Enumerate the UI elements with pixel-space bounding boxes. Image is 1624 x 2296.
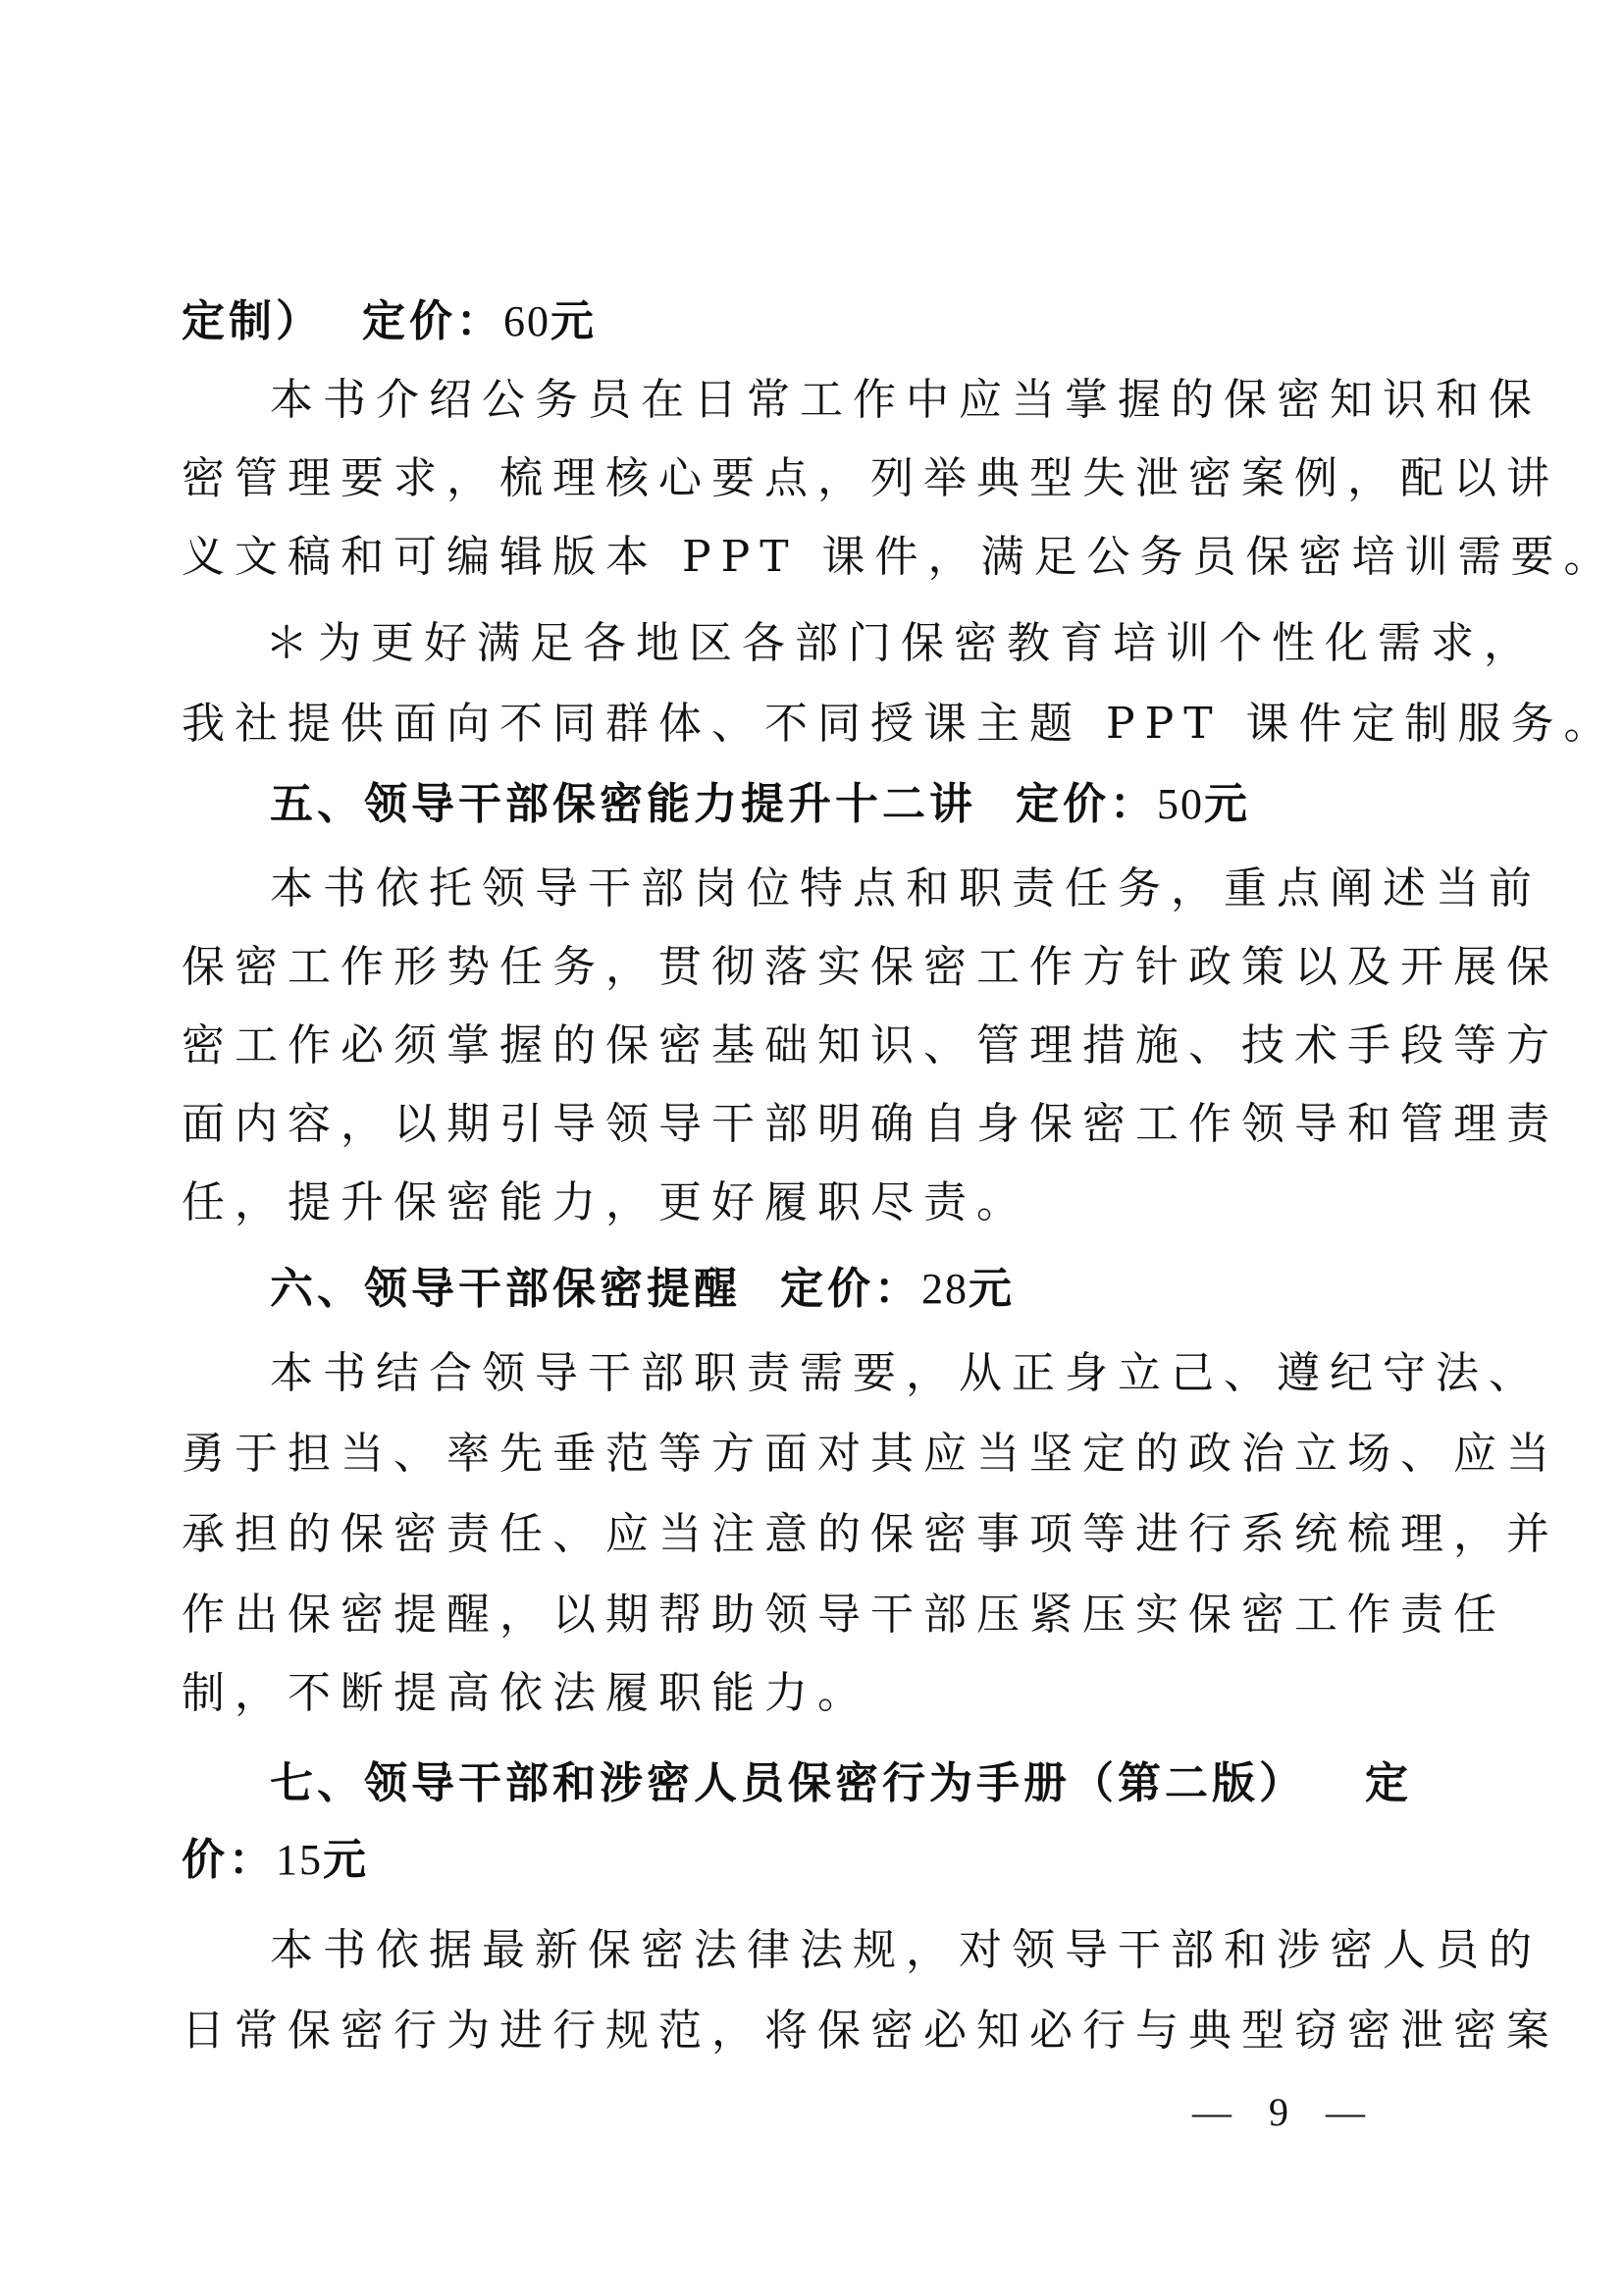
paragraph-line: 面内容，以期引导领导干部明确自身保密工作领导和管理责 — [182, 1095, 1398, 1154]
paragraph-line: 本书结合领导干部职责需要，从正身立己、遵纪守法、 — [270, 1344, 1398, 1403]
heading-continuation-text: 定制） — [182, 296, 323, 346]
price-label: 定价： — [780, 1264, 921, 1314]
heading-continuation: 定制）定价：60元 — [182, 292, 1398, 351]
note-line: 我社提供面向不同群体、不同授课主题 PPT 课件定制服务。 — [182, 695, 1398, 754]
price-unit: 元 — [550, 296, 598, 346]
page-number: — 9 — — [1192, 2088, 1379, 2137]
paragraph-line: 义文稿和可编辑版本 PPT 课件，满足公务员保密培训需要。 — [182, 528, 1398, 587]
price-value: 28 — [921, 1265, 969, 1313]
document-page: 定制）定价：60元 本书介绍公务员在日常工作中应当掌握的保密知识和保 密管理要求… — [0, 0, 1624, 2296]
paragraph-line: 承担的保密责任、应当注意的保密事项等进行系统梳理，并 — [182, 1505, 1398, 1564]
price-label-part2: 价： — [182, 1835, 276, 1885]
paragraph-line: 制，不断提高依法履职能力。 — [182, 1664, 1398, 1723]
paragraph-line: 本书依据最新保密法律法规，对领导干部和涉密人员的 — [270, 1921, 1398, 1980]
section-heading-7-continuation: 价：15元 — [182, 1831, 1398, 1890]
section-heading-6: 六、领导干部保密提醒定价：28元 — [270, 1260, 1398, 1319]
paragraph-line: 本书依托领导干部岗位特点和职责任务，重点阐述当前 — [270, 860, 1398, 918]
paragraph-line: 密管理要求，梳理核心要点，列举典型失泄密案例，配以讲 — [182, 449, 1398, 508]
price-value: 15 — [276, 1836, 323, 1884]
paragraph-line: 密工作必须掌握的保密基础知识、管理措施、技术手段等方 — [182, 1017, 1398, 1075]
note-line: ＊为更好满足各地区各部门保密教育培训个性化需求， — [265, 614, 1393, 673]
price-label-part1: 定 — [1365, 1758, 1412, 1808]
section-heading-7: 七、领导干部和涉密人员保密行为手册（第二版）定 — [270, 1754, 1398, 1813]
section-heading-5: 五、领导干部保密能力提升十二讲定价：50元 — [270, 775, 1398, 834]
price-value: 50 — [1157, 780, 1204, 828]
price-label: 定价： — [1016, 779, 1157, 829]
price-unit: 元 — [969, 1264, 1016, 1314]
section-title: 七、领导干部和涉密人员保密行为手册（第二版） — [270, 1758, 1306, 1808]
section-title: 六、领导干部保密提醒 — [270, 1264, 741, 1314]
price-unit: 元 — [1204, 779, 1251, 829]
paragraph-line: 作出保密提醒，以期帮助领导干部压紧压实保密工作责任 — [182, 1586, 1398, 1644]
paragraph-line: 日常保密行为进行规范，将保密必知必行与典型窃密泄密案 — [182, 2002, 1398, 2061]
paragraph-line: 任，提升保密能力，更好履职尽责。 — [182, 1174, 1398, 1232]
price-unit: 元 — [323, 1835, 370, 1885]
paragraph-line: 保密工作形势任务，贯彻落实保密工作方针政策以及开展保 — [182, 938, 1398, 997]
paragraph-line: 勇于担当、率先垂范等方面对其应当坚定的政治立场、应当 — [182, 1425, 1398, 1484]
price-value: 60 — [503, 297, 550, 345]
price-label: 定价： — [362, 296, 503, 346]
paragraph-line: 本书介绍公务员在日常工作中应当掌握的保密知识和保 — [270, 371, 1398, 430]
section-title: 五、领导干部保密能力提升十二讲 — [270, 779, 976, 829]
